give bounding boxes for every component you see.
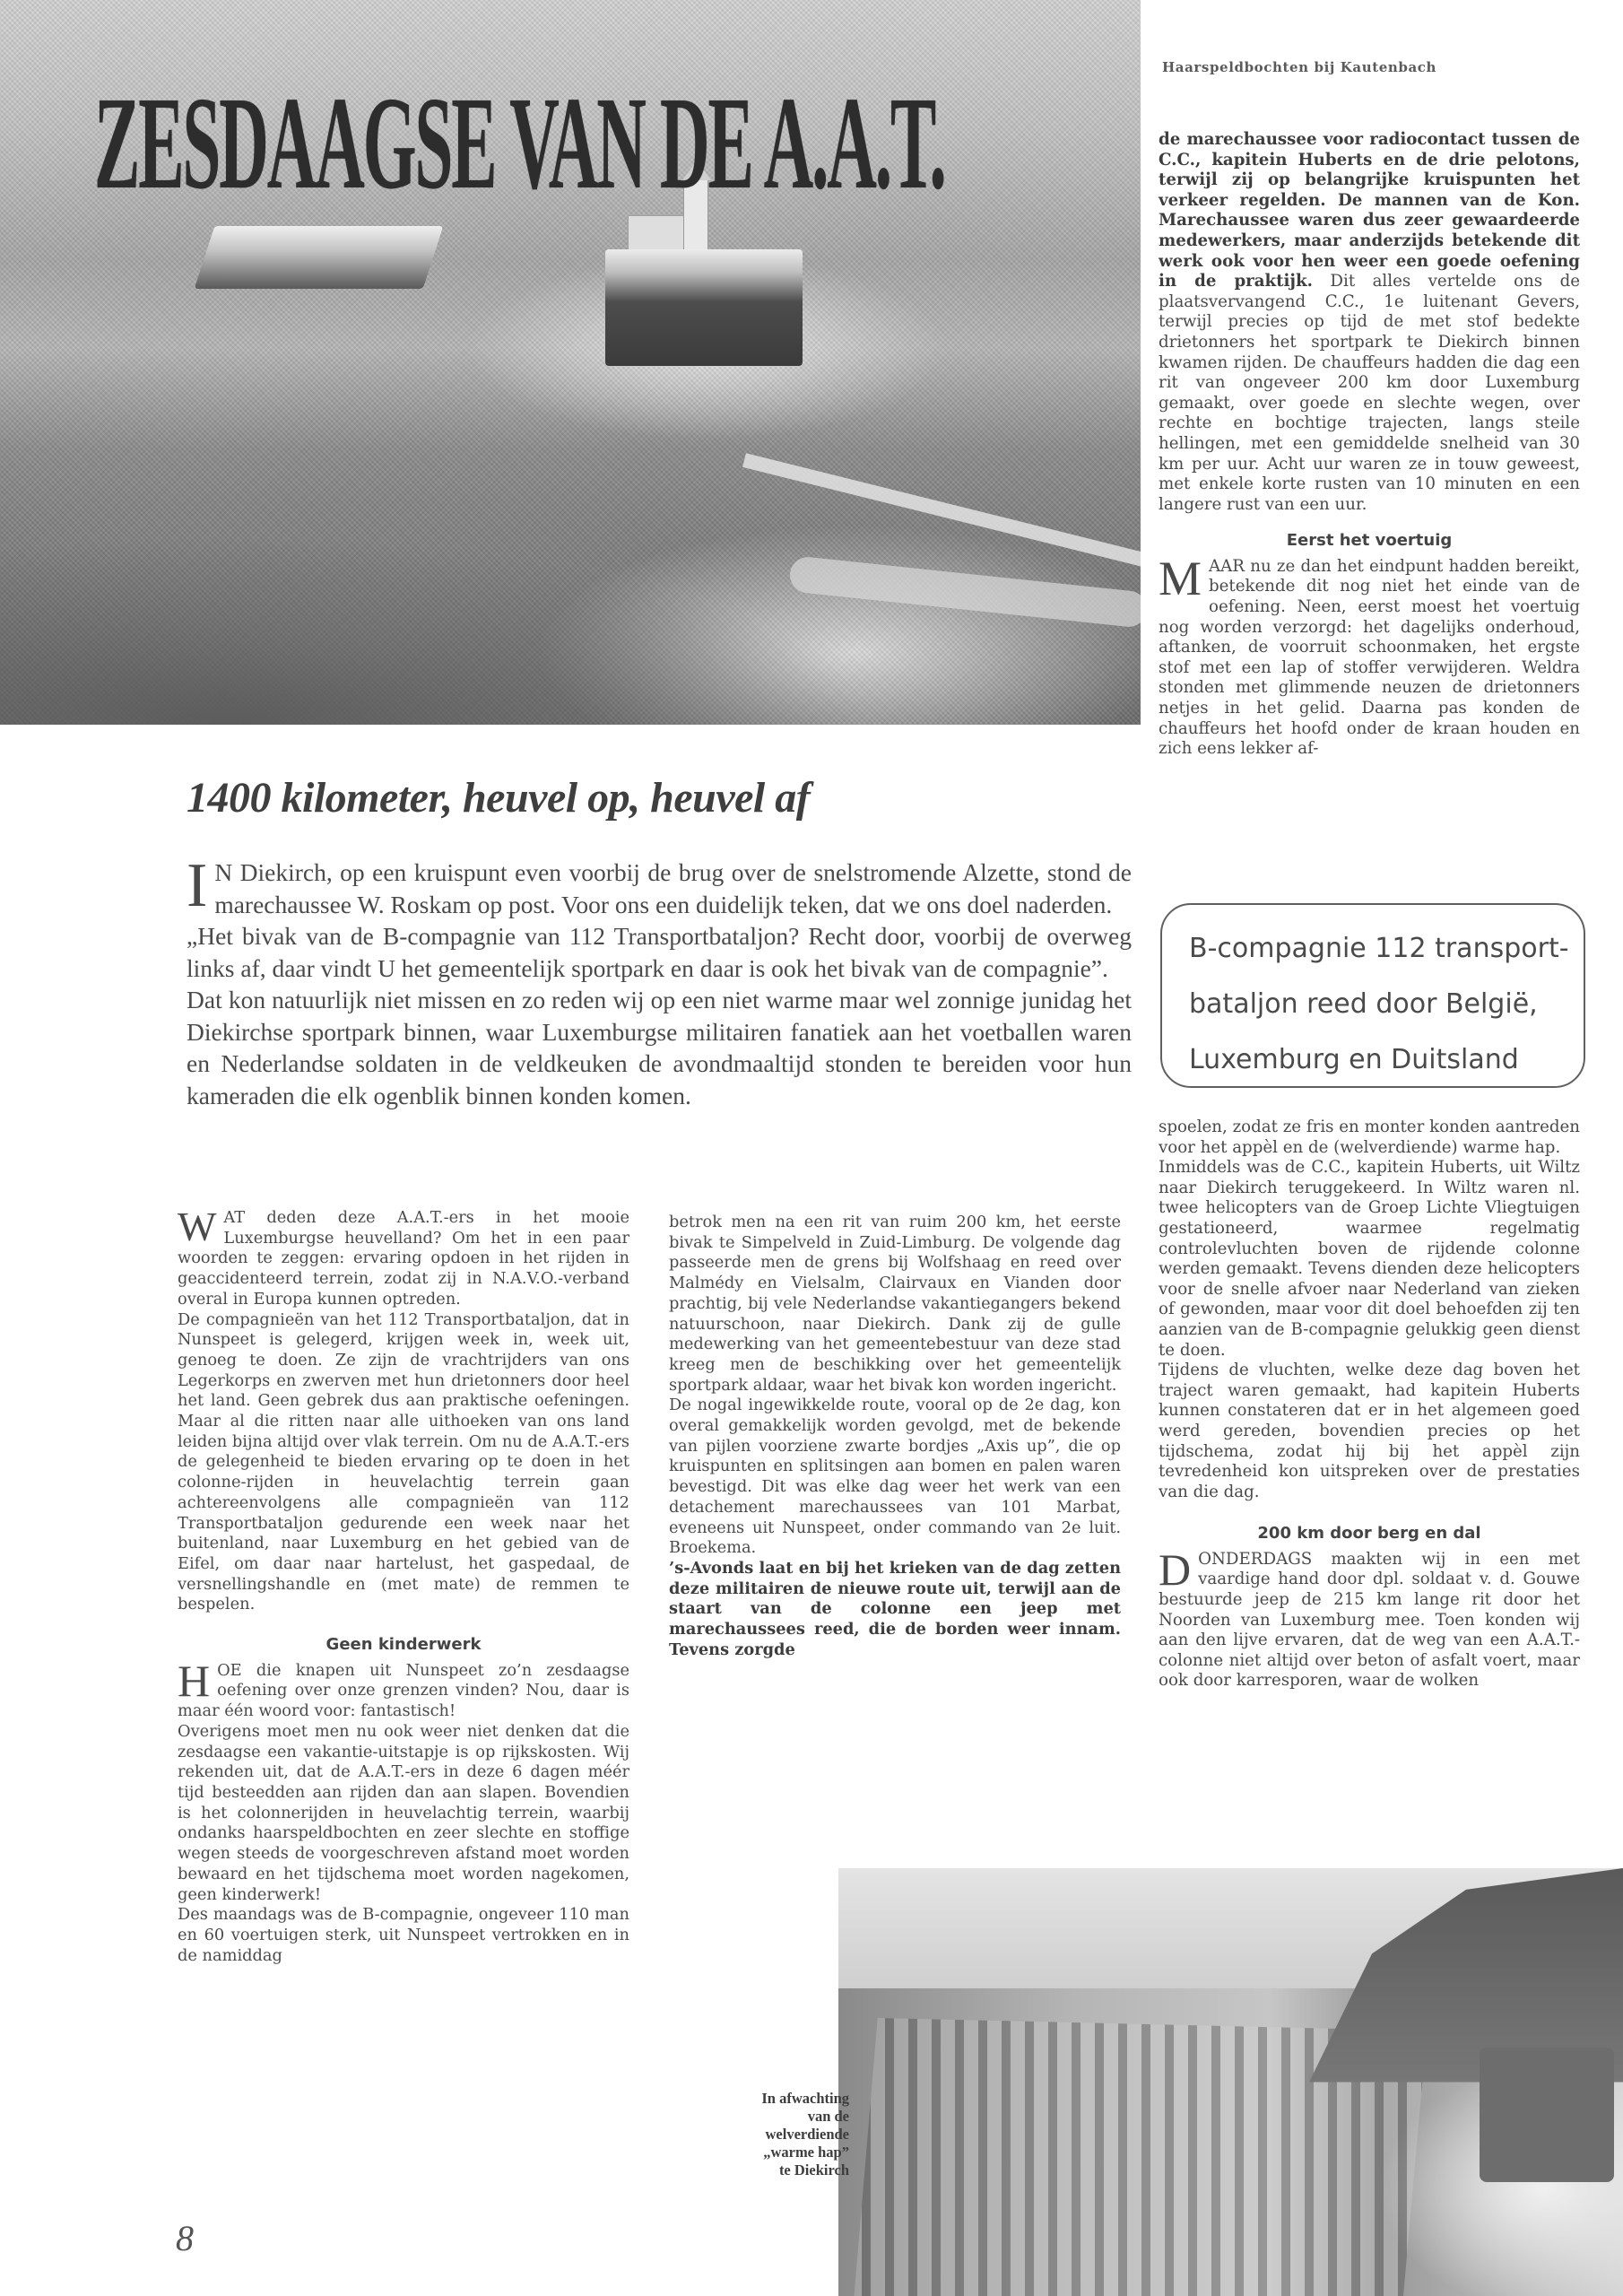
column-middle: betrok men na een rit van ruim 200 km, h… xyxy=(669,1213,1121,1660)
subhead-geen-kinderwerk: Geen kinderwerk xyxy=(178,1635,629,1656)
right-column-top: de marechaussee voor radiocontact tussen… xyxy=(1159,130,1580,760)
photo-hillside xyxy=(0,341,1141,725)
dropcap-i: I xyxy=(187,860,207,912)
article-subtitle: 1400 kilometer, heuvel op, heuvel af xyxy=(187,773,810,822)
photo-truck xyxy=(1480,2048,1614,2182)
lead-p3: Dat kon natuurlijk niet missen en zo red… xyxy=(187,984,1132,1111)
column-left: W AT deden deze A.A.T.-ers in het mooie … xyxy=(178,1208,629,1966)
column-right-lower: spoelen, zodat ze fris en monter konden … xyxy=(1159,1118,1580,1692)
right-regular-text: Dit alles vertelde ons de plaatsvervange… xyxy=(1159,272,1580,514)
col-b-p1: betrok men na een rit van ruim 200 km, h… xyxy=(669,1213,1121,1396)
col-c-p2: Inmiddels was de C.C., kapitein Huberts,… xyxy=(1159,1158,1580,1361)
callout-line-3: Luxemburg en Duitsland xyxy=(1189,1032,1584,1088)
photo-truck-left xyxy=(195,226,444,289)
dropcap-m: M xyxy=(1159,559,1202,598)
lead-p2: „Het bivak van de B-compagnie van 112 Tr… xyxy=(187,920,1132,984)
hero-photo-kautenbach: ZESDAAGSE VAN DE A.A.T. xyxy=(0,0,1141,725)
dropcap-w: W xyxy=(178,1210,216,1244)
col-c-p3: Tijdens de vluchten, welke deze dag bove… xyxy=(1159,1361,1580,1502)
col-a-p2: De compagnieën van het 112 Transportbata… xyxy=(178,1310,629,1616)
col-a-p3: OE die knapen uit Nunspeet zo’n zesdaags… xyxy=(178,1661,629,1720)
col-b-p2: De nogal ingewikkelde route, vooral op d… xyxy=(669,1396,1121,1559)
callout-line-1: B-compagnie 112 transport- xyxy=(1189,921,1584,977)
col-a-p5: Des maandags was de B-compagnie, ongevee… xyxy=(178,1905,629,1966)
section-text-voertuig: AAR nu ze dan het eindpunt hadden bereik… xyxy=(1159,557,1580,758)
subhead-200-km: 200 km door berg en dal xyxy=(1159,1524,1580,1544)
caption-line-4: „warme hap” xyxy=(679,2144,849,2161)
lead-p1: N Diekirch, op een kruispunt even voorbi… xyxy=(214,858,1132,918)
caption-line-2: van de xyxy=(679,2108,849,2126)
col-a-p1: AT deden deze A.A.T.-ers in het mooie Lu… xyxy=(178,1208,629,1309)
col-b-p3-bold: ’s-Avonds laat en bij het krieken van de… xyxy=(669,1559,1121,1661)
caption-line-3: welverdiende xyxy=(679,2126,849,2144)
right-bold-text: de marechaussee voor radiocontact tussen… xyxy=(1159,130,1580,291)
article-title: ZESDAAGSE VAN DE A.A.T. xyxy=(94,90,639,197)
caption-line-5: te Diekirch xyxy=(679,2161,849,2179)
photo-truck-right xyxy=(605,249,803,366)
callout-box: B-compagnie 112 transport- bataljon reed… xyxy=(1160,903,1585,1088)
photo-building xyxy=(628,215,685,251)
page-number: 8 xyxy=(176,2217,194,2259)
col-a-p4: Overigens moet men nu ook weer niet denk… xyxy=(178,1722,629,1905)
lead-paragraph: I N Diekirch, op een kruispunt even voor… xyxy=(187,857,1132,1111)
dropcap-d: D xyxy=(1159,1552,1191,1587)
callout-line-2: bataljon reed door België, xyxy=(1189,977,1584,1032)
subhead-eerst-het-voertuig: Eerst het voertuig xyxy=(1159,531,1580,552)
col-c-p1: spoelen, zodat ze fris en monter konden … xyxy=(1159,1118,1580,1158)
bottom-photo-caption: In afwachting van de welverdiende „warme… xyxy=(679,2090,849,2179)
col-c-p4: ONDERDAGS maakten wij in een met vaardig… xyxy=(1159,1550,1580,1691)
dropcap-h: H xyxy=(178,1663,210,1699)
caption-line-1: In afwachting xyxy=(679,2090,849,2108)
top-photo-caption: Haarspeldbochten bij Kautenbach xyxy=(1162,59,1436,75)
bottom-photo-soldiers xyxy=(838,1868,1623,2296)
